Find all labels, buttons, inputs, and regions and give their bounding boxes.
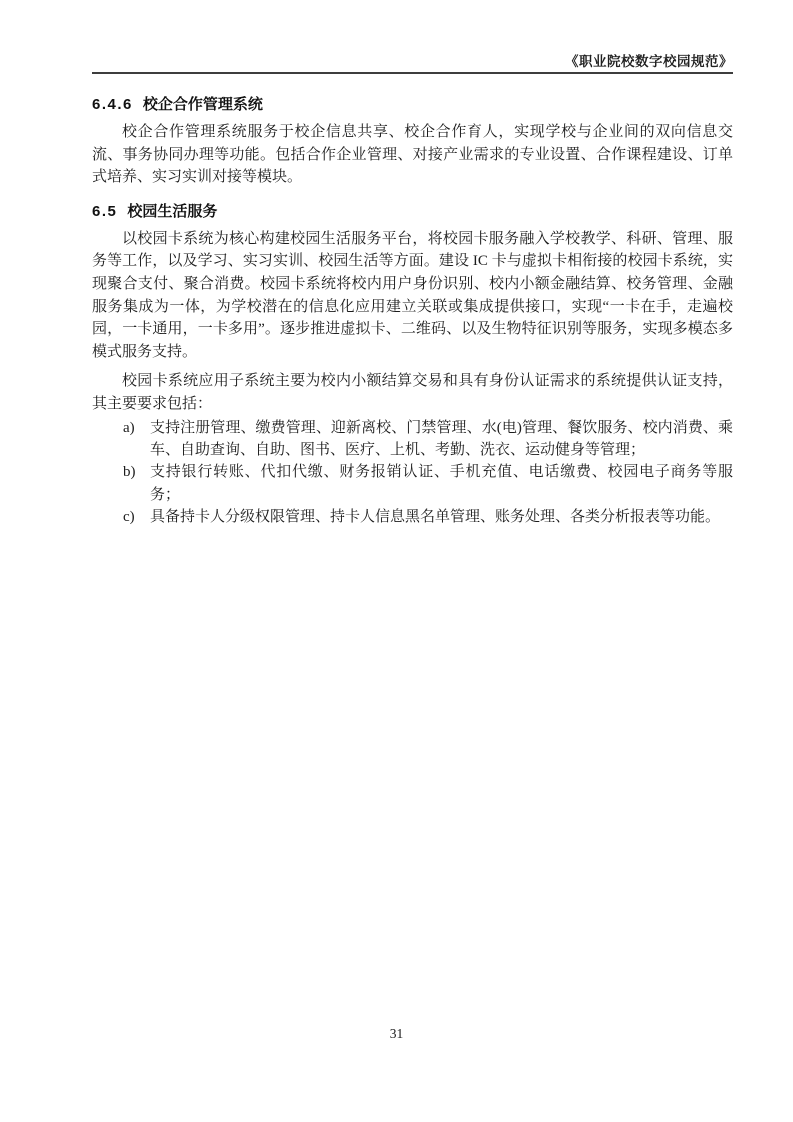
list-item-text: 具备持卡人分级权限管理、持卡人信息黑名单管理、账务处理、各类分析报表等功能。: [150, 506, 733, 528]
list-item: c) 具备持卡人分级权限管理、持卡人信息黑名单管理、账务处理、各类分析报表等功能…: [123, 506, 733, 528]
section-title: 校园生活服务: [127, 203, 217, 220]
list-item-label: a): [123, 417, 150, 439]
list-item-text: 支持注册管理、缴费管理、迎新离校、门禁管理、水(电)管理、餐饮服务、校内消费、乘…: [150, 417, 733, 462]
list-item-text: 支持银行转账、代扣代缴、财务报销认证、手机充值、电话缴费、校园电子商务等服务；: [150, 461, 733, 506]
page-frame: 《职业院校数字校园规范》 6.4.6校企合作管理系统 校企合作管理系统服务于校企…: [0, 0, 793, 529]
section-number: 6.5: [92, 203, 117, 220]
page-header: 《职业院校数字校园规范》: [92, 0, 733, 74]
section-heading-6-5: 6.5校园生活服务: [92, 202, 733, 221]
paragraph: 以校园卡系统为核心构建校园生活服务平台，将校园卡服务融入学校教学、科研、管理、服…: [92, 228, 733, 364]
section-title: 校企合作管理系统: [143, 96, 263, 113]
list-item-label: c): [123, 506, 150, 528]
page-number: 31: [390, 1026, 404, 1041]
page-footer: 31: [0, 1026, 793, 1042]
section-number: 6.4.6: [92, 96, 133, 113]
paragraph: 校企合作管理系统服务于校企信息共享、校企合作育人，实现学校与企业间的双向信息交流…: [92, 121, 733, 189]
document-page: 《职业院校数字校园规范》 6.4.6校企合作管理系统 校企合作管理系统服务于校企…: [0, 0, 793, 1122]
list-item: a) 支持注册管理、缴费管理、迎新离校、门禁管理、水(电)管理、餐饮服务、校内消…: [123, 417, 733, 462]
list-item: b) 支持银行转账、代扣代缴、财务报销认证、手机充值、电话缴费、校园电子商务等服…: [123, 461, 733, 506]
section-heading-6-4-6: 6.4.6校企合作管理系统: [92, 95, 733, 114]
list-item-label: b): [123, 461, 150, 483]
header-rule: [92, 72, 733, 74]
header-title: 《职业院校数字校园规范》: [92, 53, 733, 70]
paragraph: 校园卡系统应用子系统主要为校内小额结算交易和具有身份认证需求的系统提供认证支持，…: [92, 370, 733, 415]
requirements-list: a) 支持注册管理、缴费管理、迎新离校、门禁管理、水(电)管理、餐饮服务、校内消…: [92, 417, 733, 529]
